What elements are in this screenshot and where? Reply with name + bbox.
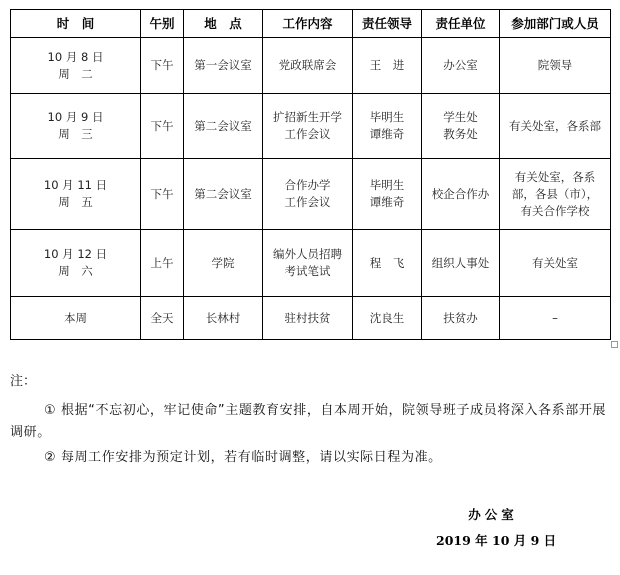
cell-location: 第二会议室 (184, 159, 263, 230)
cell-period: 上午 (141, 230, 184, 297)
cell-leader: 程 飞 (353, 230, 422, 297)
cell-time: 10 月 8 日 周 二 (11, 38, 141, 94)
cell-period: 下午 (141, 38, 184, 94)
cell-location: 第一会议室 (184, 38, 263, 94)
header-content: 工作内容 (263, 10, 353, 38)
weekday-text: 周 五 (13, 194, 138, 211)
cell-content: 驻村扶贫 (263, 297, 353, 340)
cell-leader: 毕明生 谭维奇 (353, 159, 422, 230)
weekly-schedule-table: 时 间 午别 地 点 工作内容 责任领导 责任单位 参加部门或人员 10 月 8… (10, 9, 611, 340)
weekday-text: 周 二 (13, 66, 138, 83)
date-text: 10 月 11 日 (13, 177, 138, 194)
header-participants: 参加部门或人员 (500, 10, 611, 38)
signature-org: 办公室 (440, 505, 546, 523)
note-item-2: ② 每周工作安排为预定计划，若有临时调整，请以实际日程为准。 (10, 447, 610, 469)
cell-time: 10 月 12 日 周 六 (11, 230, 141, 297)
cell-participants: 院领导 (500, 38, 611, 94)
cell-time: 本周 (11, 297, 141, 340)
cell-location: 第二会议室 (184, 94, 263, 159)
notes-section: 注： ① 根据“不忘初心，牢记使命”主题教育安排，自本周开始，院领导班子成员将深… (10, 372, 610, 469)
cell-period: 下午 (141, 159, 184, 230)
table-row: 10 月 11 日 周 五 下午 第二会议室 合作办学 工作会议 毕明生 谭维奇… (11, 159, 611, 230)
cell-location: 长林村 (184, 297, 263, 340)
table-row: 10 月 9 日 周 三 下午 第二会议室 扩招新生开学 工作会议 毕明生 谭维… (11, 94, 611, 159)
cell-unit: 扶贫办 (422, 297, 500, 340)
date-text: 10 月 8 日 (13, 49, 138, 66)
header-period: 午别 (141, 10, 184, 38)
cell-leader: 沈良生 (353, 297, 422, 340)
date-text: 10 月 9 日 (13, 109, 138, 126)
table-row: 10 月 12 日 周 六 上午 学院 编外人员招聘 考试笔试 程 飞 组织人事… (11, 230, 611, 297)
header-leader: 责任领导 (353, 10, 422, 38)
cell-unit: 办公室 (422, 38, 500, 94)
cell-unit: 校企合作办 (422, 159, 500, 230)
header-location: 地 点 (184, 10, 263, 38)
weekday-text: 周 六 (13, 263, 138, 280)
cell-content: 扩招新生开学 工作会议 (263, 94, 353, 159)
cell-time: 10 月 9 日 周 三 (11, 94, 141, 159)
cell-leader: 王 进 (353, 38, 422, 94)
table-row: 10 月 8 日 周 二 下午 第一会议室 党政联席会 王 进 办公室 院领导 (11, 38, 611, 94)
note-item-1: ① 根据“不忘初心，牢记使命”主题教育安排，自本周开始，院领导班子成员将深入各系… (10, 400, 610, 444)
date-text: 本周 (13, 310, 138, 327)
cell-unit: 组织人事处 (422, 230, 500, 297)
date-text: 10 月 12 日 (13, 246, 138, 263)
cell-location: 学院 (184, 230, 263, 297)
table-resize-handle[interactable] (611, 341, 618, 348)
cell-leader: 毕明生 谭维奇 (353, 94, 422, 159)
cell-period: 全天 (141, 297, 184, 340)
signature-date: 2019 年 10 月 9 日 (436, 531, 556, 549)
notes-label: 注： (10, 372, 610, 392)
table-row: 本周 全天 长林村 驻村扶贫 沈良生 扶贫办 – (11, 297, 611, 340)
cell-content: 党政联席会 (263, 38, 353, 94)
header-time: 时 间 (11, 10, 141, 38)
cell-participants: 有关处室，各系 部，各县（市）， 有关合作学校 (500, 159, 611, 230)
cell-unit: 学生处 教务处 (422, 94, 500, 159)
cell-participants: – (500, 297, 611, 340)
header-row: 时 间 午别 地 点 工作内容 责任领导 责任单位 参加部门或人员 (11, 10, 611, 38)
cell-participants: 有关处室，各系部 (500, 94, 611, 159)
cell-period: 下午 (141, 94, 184, 159)
cell-participants: 有关处室 (500, 230, 611, 297)
cell-time: 10 月 11 日 周 五 (11, 159, 141, 230)
header-unit: 责任单位 (422, 10, 500, 38)
weekday-text: 周 三 (13, 126, 138, 143)
cell-content: 合作办学 工作会议 (263, 159, 353, 230)
cell-content: 编外人员招聘 考试笔试 (263, 230, 353, 297)
